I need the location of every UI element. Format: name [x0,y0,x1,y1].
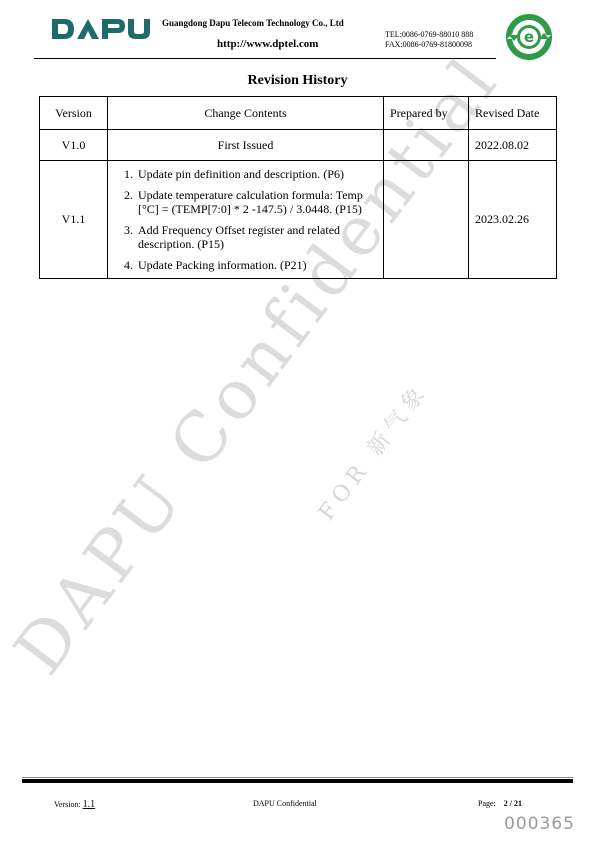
header-divider [34,58,496,59]
cell-changes: Update pin definition and description. (… [108,161,384,279]
cell-date: 2023.02.26 [469,161,557,279]
e-recycle-icon: e [505,13,553,61]
cell-date: 2022.08.02 [469,130,557,161]
cell-prepared-by [384,161,469,279]
footer-page: Page: 2 / 21 [478,799,522,808]
page-number: 2 / 21 [504,799,522,808]
page-title: Revision History [0,73,595,89]
table-row: V1.1 Update pin definition and descripti… [40,161,557,279]
change-item: Update pin definition and description. (… [136,167,377,181]
cell-version: V1.1 [40,161,108,279]
svg-text:e: e [524,28,534,46]
footer-confidential: DAPU Confidential [253,799,317,808]
footer-divider-thin [22,777,573,778]
table-header-row: Version Change Contents Prepared by Revi… [40,97,557,130]
company-url: http://www.dptel.com [217,38,318,50]
cell-prepared-by [384,130,469,161]
col-header-changes: Change Contents [108,97,384,130]
dapu-logo [52,17,152,41]
change-item: Update Packing information. (P21) [136,258,377,272]
change-list: Update pin definition and description. (… [114,167,377,272]
table-row: V1.0 First Issued 2022.08.02 [40,130,557,161]
col-header-version: Version [40,97,108,130]
tel-number: TEL:0086-0769-88010 888 [385,30,473,40]
footer-divider [22,779,573,783]
version-label: Version: [54,800,81,809]
cell-version: V1.0 [40,130,108,161]
col-header-revised-date: Revised Date [469,97,557,130]
change-item: Add Frequency Offset register and relate… [136,223,377,251]
document-number: 000365 [504,814,575,834]
company-name: Guangdong Dapu Telecom Technology Co., L… [162,18,344,28]
change-item: Update temperature calculation formula: … [136,188,377,216]
secondary-watermark: FOR 新气象 [310,376,434,526]
footer-version: Version: 1.1 [54,799,95,810]
revision-table: Version Change Contents Prepared by Revi… [39,96,557,279]
page-label: Page: [478,799,496,808]
fax-number: FAX:0086-0769-81800098 [385,40,473,50]
contact-info: TEL:0086-0769-88010 888 FAX:0086-0769-81… [385,30,473,50]
version-value: 1.1 [83,799,96,810]
col-header-prepared-by: Prepared by [384,97,469,130]
cell-changes: First Issued [108,130,384,161]
